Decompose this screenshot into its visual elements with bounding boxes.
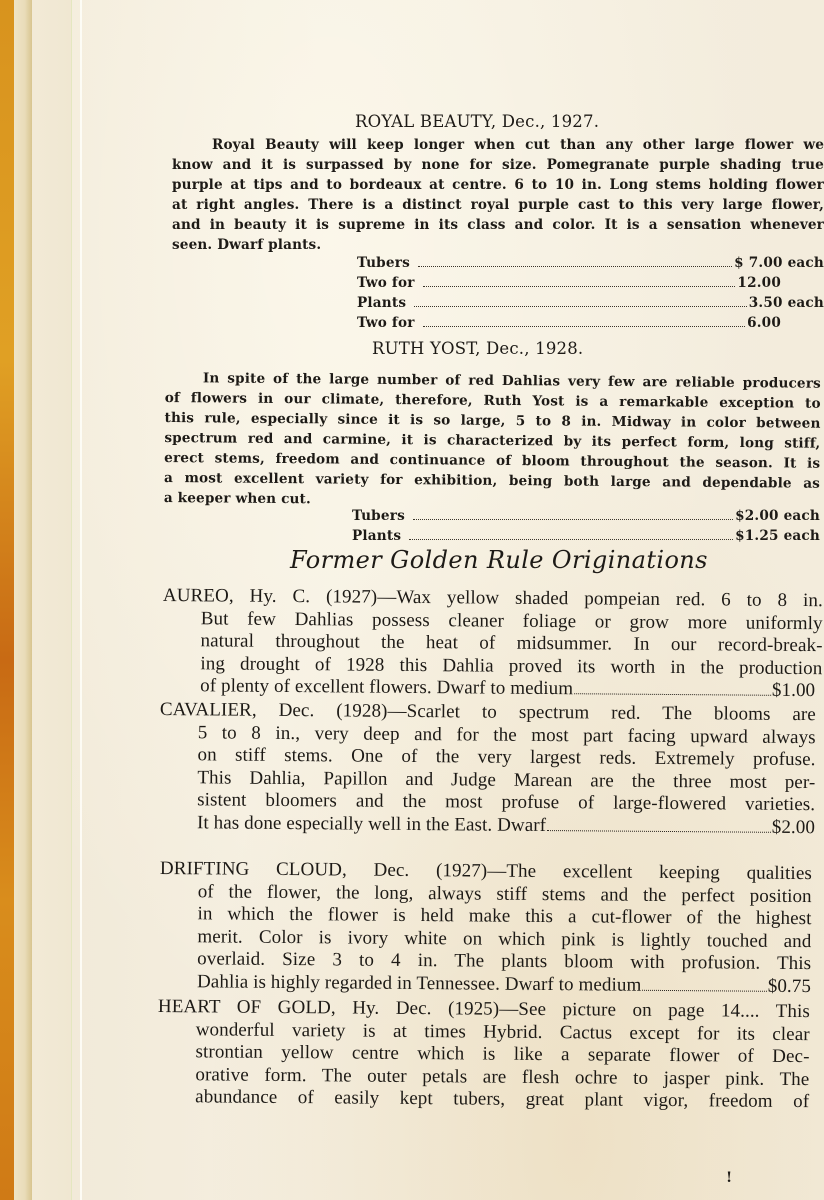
price-row: Plants $1.25 each [352, 528, 820, 548]
dot-leader [414, 306, 747, 307]
text-line: at right angles. There is a distinct roy… [172, 195, 824, 215]
page-edge-margin [32, 0, 72, 1200]
price-value: 3.50 each [749, 295, 824, 311]
price-value: $2.00 each [735, 508, 820, 524]
cavalier-entry: CAVALIER, Dec. (1928)—Scarlet to spectru… [159, 699, 816, 839]
section-title: Former Golden Rule Originations [290, 546, 708, 574]
royal-beauty-description: Royal Beauty will keep longer when cut t… [172, 135, 824, 255]
price-label: Tubers [352, 508, 405, 524]
price-label: Two for [357, 315, 415, 331]
price-value: $1.00 [772, 680, 815, 703]
aureo-entry: AUREO, Hy. C. (1927)—Wax yellow shaded p… [162, 585, 823, 703]
dot-leader [423, 286, 736, 287]
dot-leader [642, 989, 766, 991]
royal-beauty-heading: ROYAL BEAUTY, Dec., 1927. [355, 112, 599, 131]
text-line: abundance of easily kept tubers, great p… [195, 1086, 809, 1113]
text-line: seen. Dwarf plants. [172, 235, 824, 255]
price-value: $2.00 [772, 816, 815, 839]
price-row: Two for 12.00 [357, 275, 781, 295]
dot-leader [423, 326, 745, 327]
price-label: Plants [352, 528, 401, 544]
text-line: of plenty of excellent flowers. Dwarf to… [200, 675, 573, 700]
dot-leader [574, 693, 771, 696]
price-row: Tubers $2.00 each [352, 508, 820, 528]
dot-leader [409, 539, 733, 540]
price-value: 12.00 [737, 275, 781, 291]
ruth-yost-heading: RUTH YOST, Dec., 1928. [372, 339, 583, 358]
heart-of-gold-entry: HEART OF GOLD, Hy. Dec. (1925)—See pictu… [157, 996, 810, 1114]
price-label: Tubers [357, 255, 410, 271]
price-row: Plants 3.50 each [357, 295, 824, 315]
price-row: Tubers $ 7.00 each [357, 255, 824, 275]
price-row: Two for 6.00 [357, 315, 781, 335]
footer-mark: ! [726, 1170, 732, 1186]
dot-leader [418, 266, 732, 267]
price-label: Plants [357, 295, 406, 311]
price-value: 6.00 [747, 315, 781, 331]
text-line: purple at tips and to bordeaux at centre… [172, 175, 824, 195]
text-line: It has done especially well in the East.… [197, 812, 546, 837]
price-label: Two for [357, 275, 415, 291]
text-line: and in beauty it is supreme in its class… [172, 215, 824, 235]
page-crease [80, 0, 82, 1200]
price-value: $0.75 [768, 975, 811, 998]
ruth-yost-description: In spite of the large number of red Dahl… [164, 368, 821, 514]
dot-leader [547, 830, 771, 833]
drifting-cloud-entry: DRIFTING CLOUD, Dec. (1927)—The excellen… [159, 858, 812, 998]
text-line: Royal Beauty will keep longer when cut t… [172, 135, 824, 155]
text-line: Dahlia is highly regarded in Tennessee. … [197, 971, 642, 997]
page-edge-stain [14, 0, 32, 1200]
price-value: $1.25 each [735, 528, 820, 544]
text-line: know and it is surpassed by none for siz… [172, 155, 824, 175]
dot-leader [413, 519, 733, 520]
price-value: $ 7.00 each [734, 255, 824, 271]
page-crease [71, 0, 72, 1200]
